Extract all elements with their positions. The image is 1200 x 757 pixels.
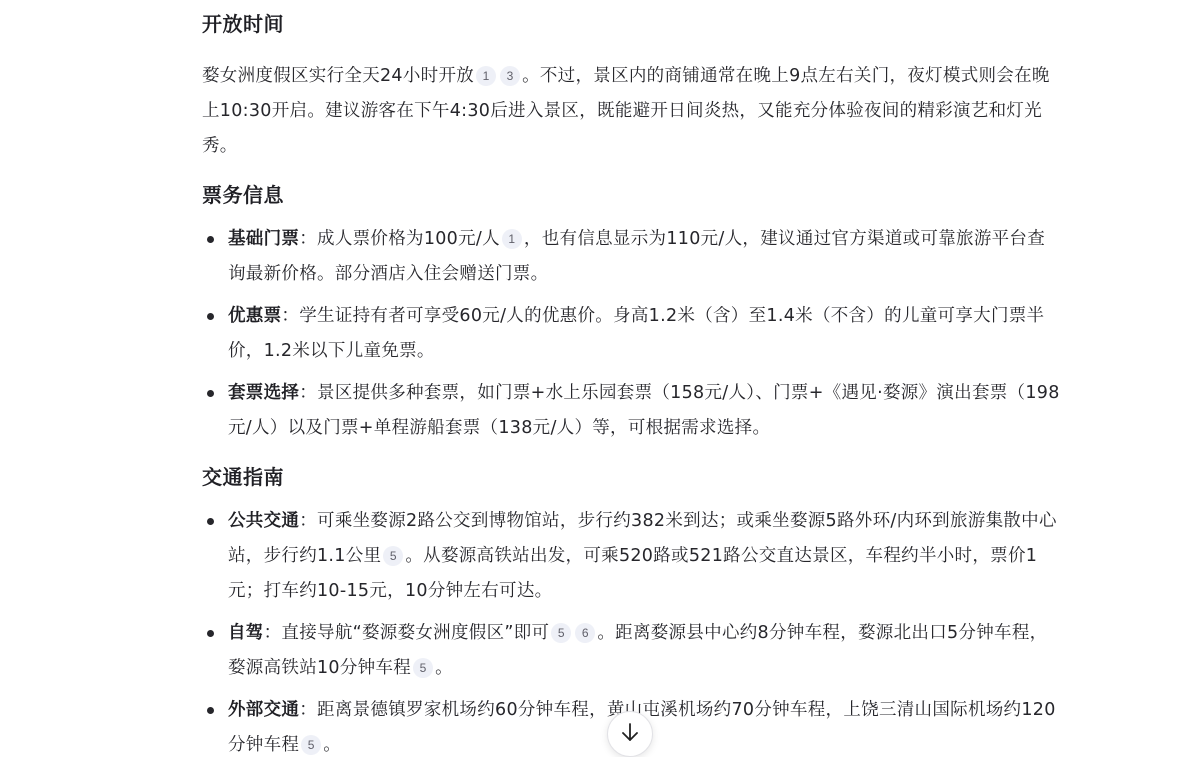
chat-response-content: 开放时间 婺女洲度假区实行全天24小时开放13。不过，景区内的商铺通常在晚上9点…	[202, 0, 1062, 757]
item-term: 外部交通	[228, 700, 299, 720]
citation-badge[interactable]: 5	[383, 546, 403, 566]
paragraph-text: 婺女洲度假区实行全天24小时开放	[202, 66, 474, 86]
item-term: 优惠票	[228, 306, 281, 326]
item-term: 公共交通	[228, 511, 299, 531]
item-separator: ：	[281, 306, 299, 326]
opening-hours-paragraph: 婺女洲度假区实行全天24小时开放13。不过，景区内的商铺通常在晚上9点左右关门，…	[202, 59, 1062, 164]
bullet-dot	[207, 518, 214, 525]
list-item-package-ticket: 套票选择：景区提供多种套票，如门票+水上乐园套票（158元/人）、门票+《遇见·…	[202, 376, 1062, 446]
item-text: 。	[323, 735, 341, 755]
bullet-dot	[207, 707, 214, 714]
item-separator: ：	[299, 383, 317, 403]
item-text: 直接导航“婺源婺女洲度假区”即可	[281, 623, 549, 643]
citation-badge[interactable]: 5	[551, 623, 571, 643]
citation-badge[interactable]: 5	[413, 658, 433, 678]
item-text: 。	[435, 658, 453, 678]
item-term: 基础门票	[228, 229, 299, 249]
arrow-down-icon	[619, 721, 641, 747]
citation-badge[interactable]: 6	[575, 623, 595, 643]
bullet-dot	[207, 390, 214, 397]
item-text: 学生证持有者可享受60元/人的优惠价。身高1.2米（含）至1.4米（不含）的儿童…	[228, 306, 1044, 361]
citation-badge[interactable]: 5	[301, 735, 321, 755]
item-separator: ：	[299, 229, 317, 249]
section-heading-transport-guide: 交通指南	[202, 460, 1062, 495]
scroll-to-bottom-button[interactable]	[607, 711, 653, 757]
item-separator: ：	[264, 623, 282, 643]
item-separator: ：	[299, 700, 317, 720]
item-separator: ：	[299, 511, 317, 531]
list-item-basic-ticket: 基础门票：成人票价格为100元/人1，也有信息显示为110元/人，建议通过官方渠…	[202, 222, 1062, 292]
section-heading-opening-hours: 开放时间	[202, 7, 1062, 42]
item-text: 成人票价格为100元/人	[317, 229, 500, 249]
item-term: 自驾	[228, 623, 264, 643]
bullet-dot	[207, 630, 214, 637]
item-text: 景区提供多种套票，如门票+水上乐园套票（158元/人）、门票+《遇见·婺源》演出…	[228, 383, 1060, 438]
list-item-self-drive: 自驾：直接导航“婺源婺女洲度假区”即可56。距离婺源县中心约8分钟车程，婺源北出…	[202, 616, 1062, 686]
list-item-discount-ticket: 优惠票：学生证持有者可享受60元/人的优惠价。身高1.2米（含）至1.4米（不含…	[202, 299, 1062, 369]
list-item-public-transport: 公共交通：可乘坐婺源2路公交到博物馆站，步行约382米到达；或乘坐婺源5路外环/…	[202, 504, 1062, 609]
ticket-info-list: 基础门票：成人票价格为100元/人1，也有信息显示为110元/人，建议通过官方渠…	[202, 222, 1062, 446]
item-term: 套票选择	[228, 383, 299, 403]
bullet-dot	[207, 236, 214, 243]
section-heading-ticket-info: 票务信息	[202, 178, 1062, 213]
citation-badge[interactable]: 1	[476, 66, 496, 86]
bullet-dot	[207, 313, 214, 320]
citation-badge[interactable]: 1	[502, 229, 522, 249]
citation-badge[interactable]: 3	[500, 66, 520, 86]
